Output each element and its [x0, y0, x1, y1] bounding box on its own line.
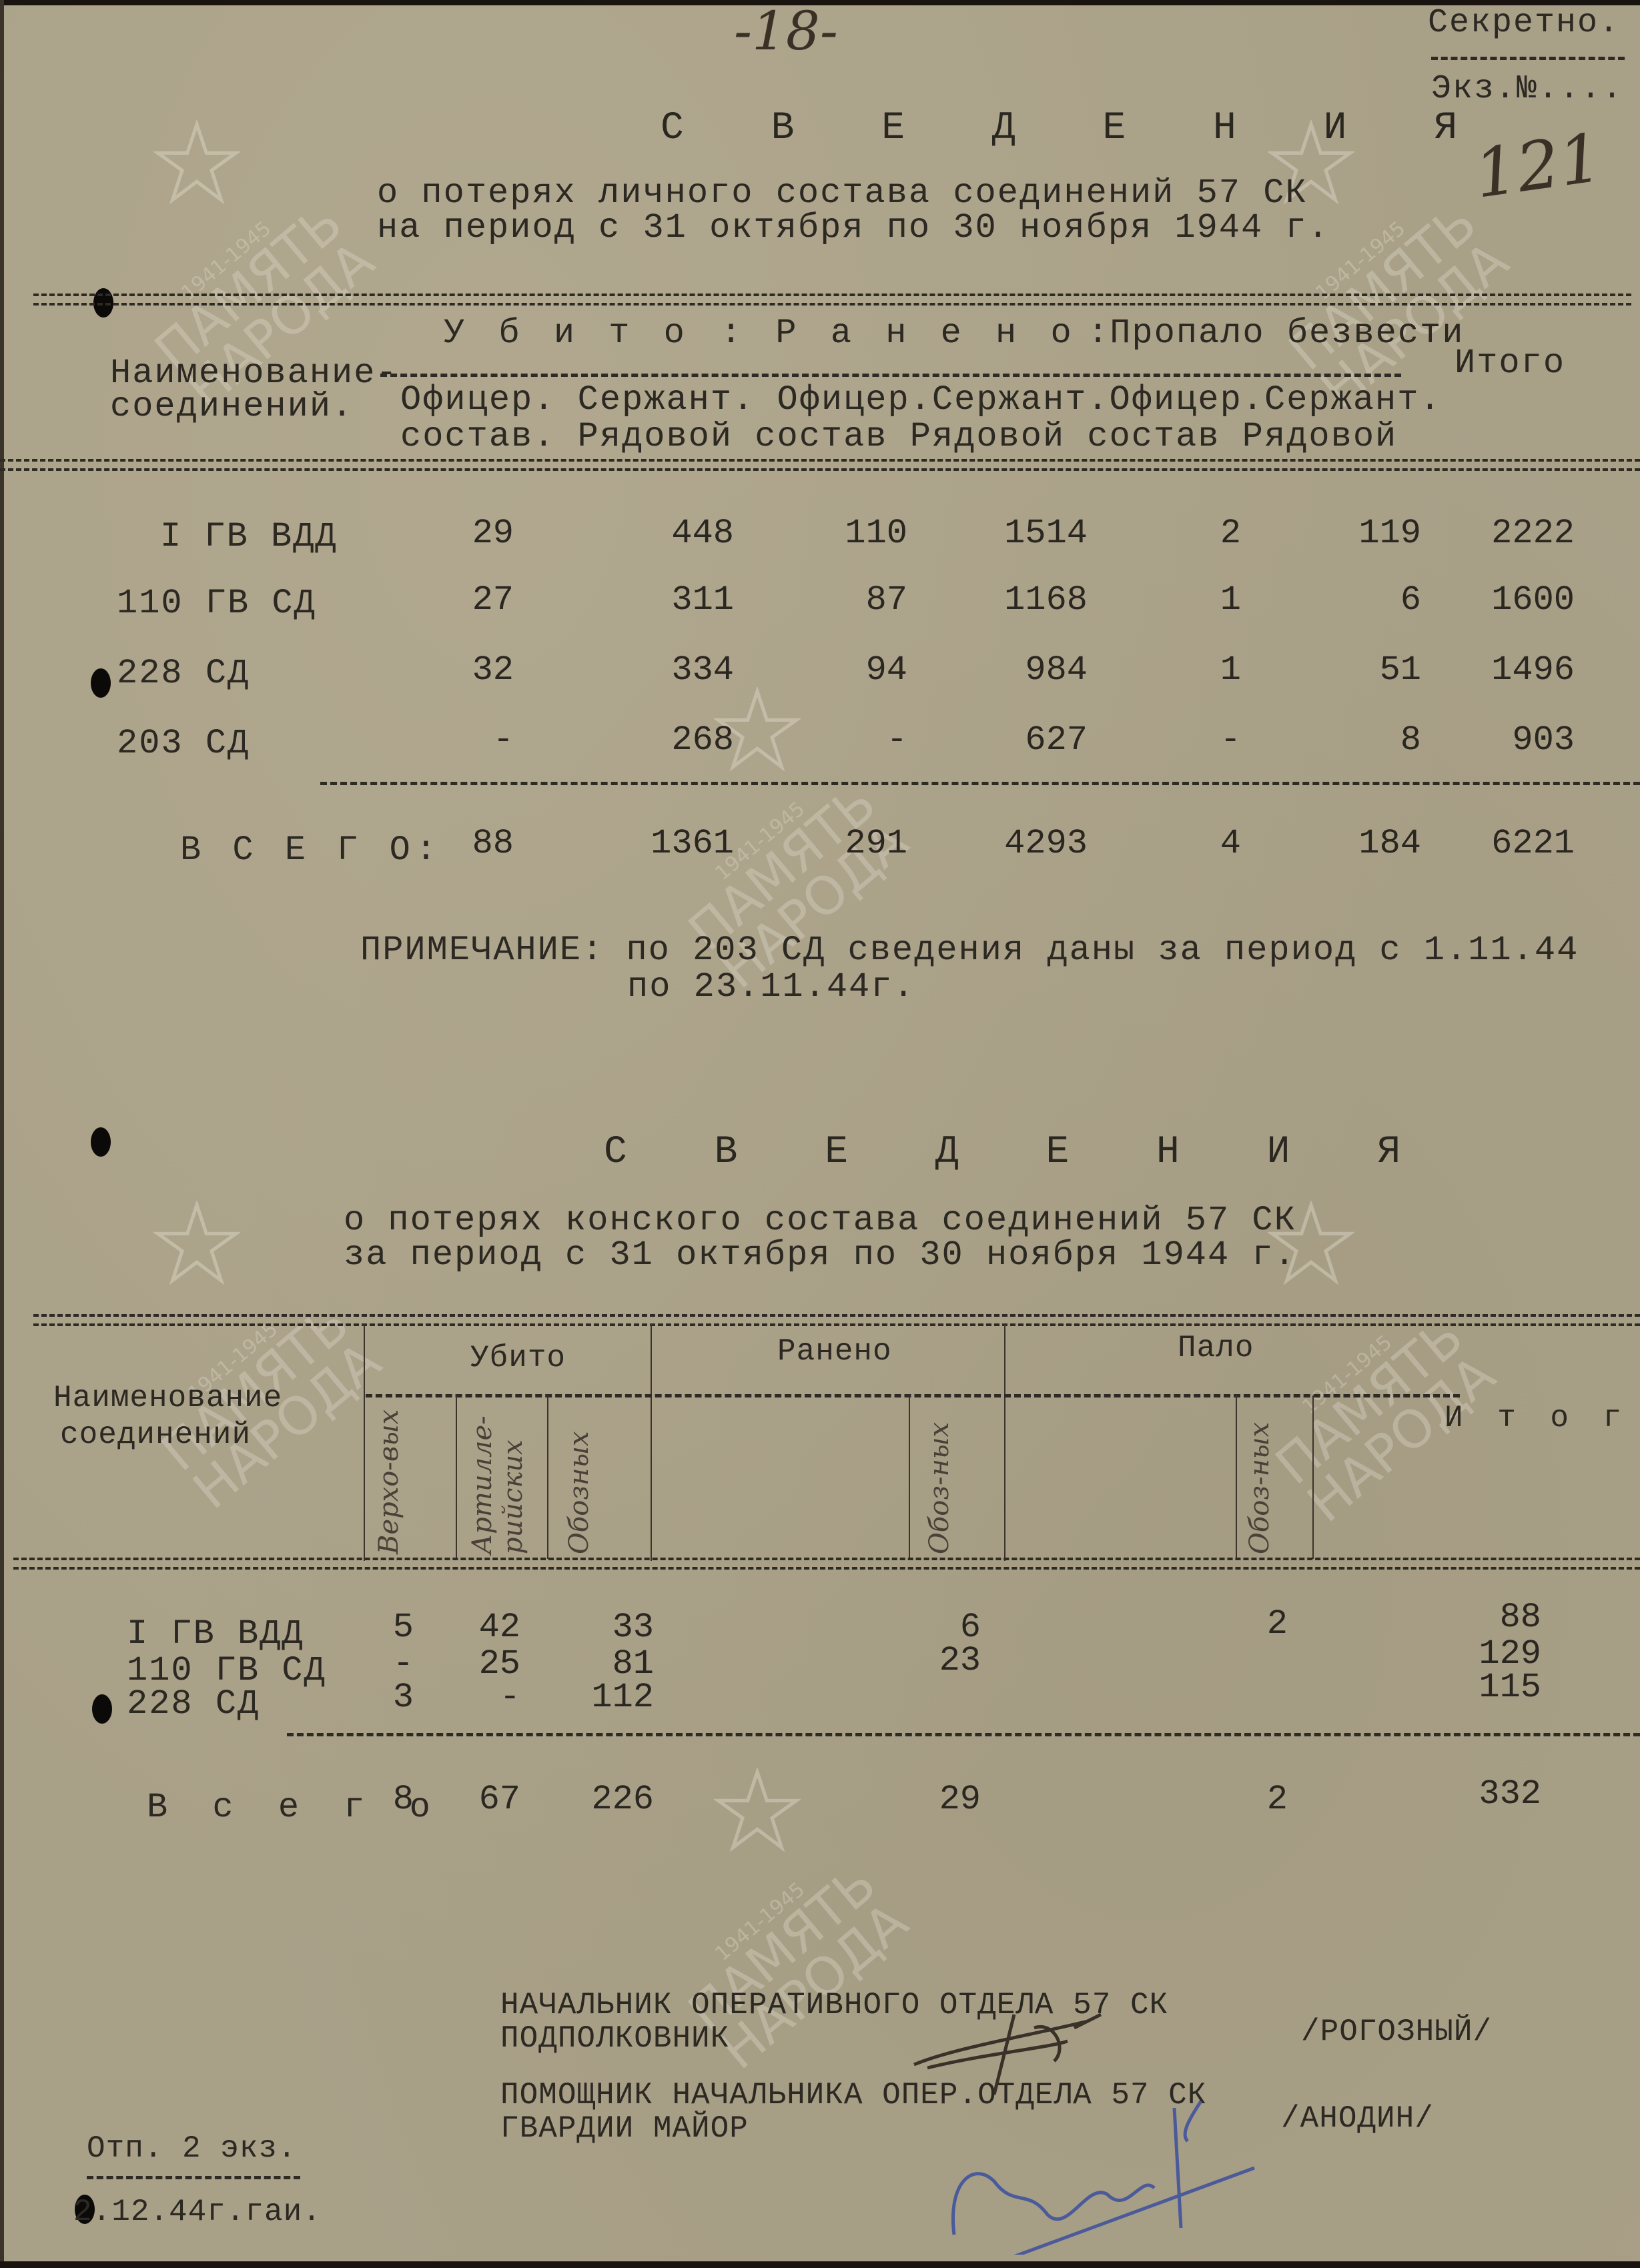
cell: - — [414, 720, 514, 760]
cell: 1361 — [634, 824, 734, 863]
total-header: Итого — [1455, 344, 1565, 383]
cell: 1 — [1141, 580, 1241, 620]
group-wounded-header: Ранено — [777, 1334, 892, 1369]
cell: 112 — [574, 1678, 654, 1717]
group-missing-header: :Пропало безвести — [1088, 314, 1465, 353]
signatory-2-name: /АНОДИН/ — [1281, 2101, 1434, 2136]
cell: 311 — [634, 580, 734, 620]
total-header: И т о г о — [1445, 1401, 1640, 1436]
cell: 67 — [454, 1780, 520, 1819]
copy-number: Экз.№.... — [1431, 70, 1623, 108]
scan-left-edge — [0, 0, 4, 2268]
cell: 29 — [414, 514, 514, 553]
cell: - — [807, 720, 907, 760]
cell: 268 — [634, 720, 734, 760]
group-killed-header: У б и т о — [444, 314, 691, 353]
cell: 1600 — [1468, 580, 1575, 620]
cell: 903 — [1468, 720, 1575, 760]
cell: 42 — [454, 1608, 520, 1647]
sub-headers-row2: состав. Рядовой состав Рядовой состав Ря… — [400, 417, 1397, 456]
header-bottom-rule — [13, 1558, 1640, 1570]
unit-name-header: Наименование — [53, 1381, 282, 1415]
subcolumn-divider — [909, 1395, 910, 1559]
column-divider — [364, 1324, 365, 1561]
cell: 27 — [414, 580, 514, 620]
unit-name: I ГВ ВДД — [127, 1614, 304, 1654]
header-subrule — [366, 1394, 1460, 1397]
unit-name: I ГВ ВДД — [160, 517, 338, 556]
note: ПРИМЕЧАНИЕ: по 203 СД сведения даны за п… — [360, 931, 1579, 970]
cell: - — [454, 1678, 520, 1717]
cell: 334 — [634, 650, 734, 690]
unit-name: 203 СД — [117, 724, 250, 763]
cell: 5 — [360, 1608, 414, 1647]
cell: 1514 — [987, 514, 1088, 553]
classification-label: Секретно. — [1428, 4, 1620, 42]
copies-note: Отп. 2 экз. — [87, 2131, 297, 2166]
cell: 2 — [1221, 1780, 1288, 1819]
unit-name-header-2: соединений. — [110, 387, 354, 426]
watermark-star-icon — [153, 120, 240, 207]
personnel-report-period: на период с 31 октября по 30 ноября 1944… — [377, 208, 1330, 247]
personnel-report-title: С В Е Д Е Н И Я — [661, 107, 1489, 150]
subcolumn-divider — [547, 1395, 548, 1559]
header-subrule — [380, 374, 1401, 377]
cell: 2 — [1141, 514, 1241, 553]
unit-name: 228 СД — [117, 654, 250, 693]
cell: 1496 — [1468, 650, 1575, 690]
cell: 119 — [1321, 514, 1421, 553]
cell: - — [1141, 720, 1241, 760]
cell: 1 — [1141, 650, 1241, 690]
table-top-rule — [33, 294, 1631, 306]
cell: 8 — [360, 1780, 414, 1819]
divider — [1431, 57, 1625, 60]
horse-report-period: за период с 31 октября по 30 ноября 1944… — [344, 1235, 1296, 1275]
punch-hole — [92, 1694, 112, 1724]
subheader-wounded-transport: Обоз-ных — [924, 1407, 955, 1554]
subheader-transport: Обозных — [564, 1404, 594, 1554]
subcolumn-divider — [1236, 1395, 1237, 1559]
table-top-rule — [33, 1314, 1640, 1326]
column-divider — [1004, 1324, 1005, 1561]
cell: 2222 — [1468, 514, 1575, 553]
cell: 87 — [807, 580, 907, 620]
cell: 51 — [1321, 650, 1421, 690]
sub-headers-row1: Офицер. Сержант. Офицер.Сержант.Офицер.С… — [400, 380, 1442, 420]
totals-label: В С Е Г О: — [180, 830, 442, 870]
punch-hole — [91, 668, 111, 698]
cell: 1168 — [987, 580, 1088, 620]
signatory-1-rank: ПОДПОЛКОВНИК — [500, 2021, 729, 2056]
watermark-star-icon — [714, 1768, 801, 1854]
cell: 23 — [914, 1641, 981, 1680]
cell: 984 — [987, 650, 1088, 690]
cell: 88 — [1441, 1598, 1541, 1637]
subheader-artillery: Артилле-рийских — [467, 1404, 528, 1554]
header-bottom-rule — [0, 459, 1640, 471]
cell: 4 — [1141, 824, 1241, 863]
cell: 8 — [1321, 720, 1421, 760]
cell: 88 — [414, 824, 514, 863]
unit-name: 228 СД — [127, 1684, 260, 1724]
cell: 29 — [914, 1780, 981, 1819]
cell: 94 — [807, 650, 907, 690]
totals-rule — [320, 782, 1640, 785]
cell: 4293 — [987, 824, 1088, 863]
cell: 627 — [987, 720, 1088, 760]
cell: 32 — [414, 650, 514, 690]
cell: 332 — [1441, 1774, 1541, 1814]
cell: 115 — [1441, 1668, 1541, 1707]
cell: 6 — [1321, 580, 1421, 620]
cell: 184 — [1321, 824, 1421, 863]
archive-number: 121 — [1470, 118, 1607, 213]
unit-name: 110 ГВ СД — [117, 584, 316, 623]
totals-rule — [287, 1733, 1640, 1736]
group-wounded-header: : Р а н е н о — [721, 314, 1078, 353]
unit-name-header-2: соединений — [60, 1417, 251, 1452]
cell: 33 — [574, 1608, 654, 1647]
page-number: -18- — [734, 0, 838, 62]
cell: 291 — [807, 824, 907, 863]
group-fallen-header: Пало — [1178, 1331, 1254, 1365]
subheader-riding: Верхо-вых — [374, 1404, 404, 1554]
signatory-2-rank: ГВАРДИИ МАЙОР — [500, 2111, 749, 2146]
cell: 226 — [574, 1780, 654, 1819]
horse-report-subtitle: о потерях конского состава соединений 57… — [344, 1201, 1296, 1240]
subheader-fallen-transport: Обоз-ных — [1244, 1407, 1275, 1554]
divider — [87, 2176, 300, 2179]
personnel-report-subtitle: о потерях личного состава соединений 57 … — [377, 173, 1308, 213]
cell: 2 — [1221, 1604, 1288, 1644]
cell: 448 — [634, 514, 734, 553]
signatory-1-name: /РОГОЗНЫЙ/ — [1301, 2015, 1492, 2049]
note-continued: по 23.11.44г. — [627, 967, 915, 1007]
subcolumn-divider — [1312, 1395, 1314, 1559]
cell: 3 — [360, 1678, 414, 1717]
punch-hole — [91, 1127, 111, 1157]
horse-report-title: С В Е Д Е Н И Я — [604, 1131, 1432, 1174]
cell: 6221 — [1468, 824, 1575, 863]
subcolumn-divider — [456, 1395, 457, 1559]
scan-bottom-edge — [0, 2261, 1640, 2268]
signature-2 — [934, 2081, 1268, 2255]
column-divider — [651, 1324, 652, 1561]
dispatch-date: 2.12.44г.гаи. — [73, 2195, 322, 2229]
watermark-star-icon — [153, 1201, 240, 1287]
group-killed-header: Убито — [470, 1341, 566, 1375]
cell: 110 — [807, 514, 907, 553]
